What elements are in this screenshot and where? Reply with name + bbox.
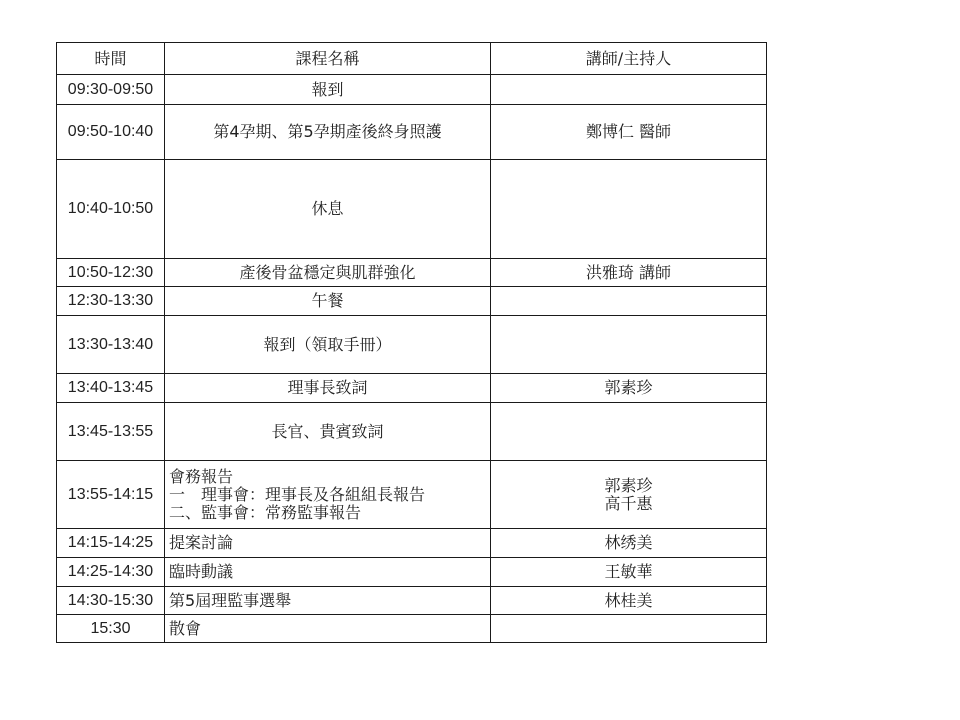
time-cell: 14:30-15:30 [57, 587, 165, 615]
host-cell [491, 316, 767, 374]
host-cell: 郭素珍 [491, 374, 767, 403]
host-line: 高千惠 [495, 495, 762, 513]
time-cell: 14:25-14:30 [57, 558, 165, 587]
table-row: 13:55-14:15 會務報告 一 理事會：理事長及各組組長報告 二、監事會：… [57, 461, 767, 529]
title-cell: 休息 [165, 160, 491, 259]
time-cell: 12:30-13:30 [57, 287, 165, 316]
header-host: 講師/主持人 [491, 43, 767, 75]
time-cell: 10:40-10:50 [57, 160, 165, 259]
table-row: 13:45-13:55 長官、貴賓致詞 [57, 403, 767, 461]
host-cell [491, 403, 767, 461]
title-cell: 報到 [165, 75, 491, 105]
table-row: 14:25-14:30 臨時動議 王敏華 [57, 558, 767, 587]
host-cell: 洪雅琦 講師 [491, 259, 767, 287]
time-cell: 14:15-14:25 [57, 529, 165, 558]
time-cell: 09:50-10:40 [57, 105, 165, 160]
header-title: 課程名稱 [165, 43, 491, 75]
host-cell [491, 160, 767, 259]
title-cell: 第5屆理監事選舉 [165, 587, 491, 615]
title-cell: 會務報告 一 理事會：理事長及各組組長報告 二、監事會：常務監事報告 [165, 461, 491, 529]
agenda-table: 時間 課程名稱 講師/主持人 09:30-09:50 報到 09:50-10:4… [56, 42, 767, 643]
time-cell: 10:50-12:30 [57, 259, 165, 287]
host-cell: 鄭博仁 醫師 [491, 105, 767, 160]
title-cell: 報到（領取手冊） [165, 316, 491, 374]
host-cell: 林绣美 [491, 529, 767, 558]
host-cell: 郭素珍 高千惠 [491, 461, 767, 529]
table-row: 09:30-09:50 報到 [57, 75, 767, 105]
title-cell: 產後骨盆穩定與肌群強化 [165, 259, 491, 287]
host-cell [491, 615, 767, 643]
title-cell: 午餐 [165, 287, 491, 316]
host-cell: 王敏華 [491, 558, 767, 587]
table-row: 15:30 散會 [57, 615, 767, 643]
time-cell: 13:55-14:15 [57, 461, 165, 529]
time-cell: 15:30 [57, 615, 165, 643]
title-cell: 長官、貴賓致詞 [165, 403, 491, 461]
time-cell: 09:30-09:50 [57, 75, 165, 105]
table-row: 10:50-12:30 產後骨盆穩定與肌群強化 洪雅琦 講師 [57, 259, 767, 287]
title-line: 一 理事會：理事長及各組組長報告 [169, 486, 486, 504]
title-cell: 臨時動議 [165, 558, 491, 587]
header-row: 時間 課程名稱 講師/主持人 [57, 43, 767, 75]
title-line: 二、監事會：常務監事報告 [169, 504, 486, 522]
table-row: 13:30-13:40 報到（領取手冊） [57, 316, 767, 374]
time-cell: 13:30-13:40 [57, 316, 165, 374]
table-row: 09:50-10:40 第4孕期、第5孕期產後終身照護 鄭博仁 醫師 [57, 105, 767, 160]
title-cell: 理事長致詞 [165, 374, 491, 403]
host-cell [491, 287, 767, 316]
header-time: 時間 [57, 43, 165, 75]
title-cell: 提案討論 [165, 529, 491, 558]
host-cell: 林桂美 [491, 587, 767, 615]
time-cell: 13:45-13:55 [57, 403, 165, 461]
title-line: 會務報告 [169, 468, 486, 486]
table-row: 10:40-10:50 休息 [57, 160, 767, 259]
host-line: 郭素珍 [495, 477, 762, 495]
title-cell: 第4孕期、第5孕期產後終身照護 [165, 105, 491, 160]
title-cell: 散會 [165, 615, 491, 643]
table-row: 14:30-15:30 第5屆理監事選舉 林桂美 [57, 587, 767, 615]
table-row: 14:15-14:25 提案討論 林绣美 [57, 529, 767, 558]
table-row: 13:40-13:45 理事長致詞 郭素珍 [57, 374, 767, 403]
host-cell [491, 75, 767, 105]
time-cell: 13:40-13:45 [57, 374, 165, 403]
table-row: 12:30-13:30 午餐 [57, 287, 767, 316]
